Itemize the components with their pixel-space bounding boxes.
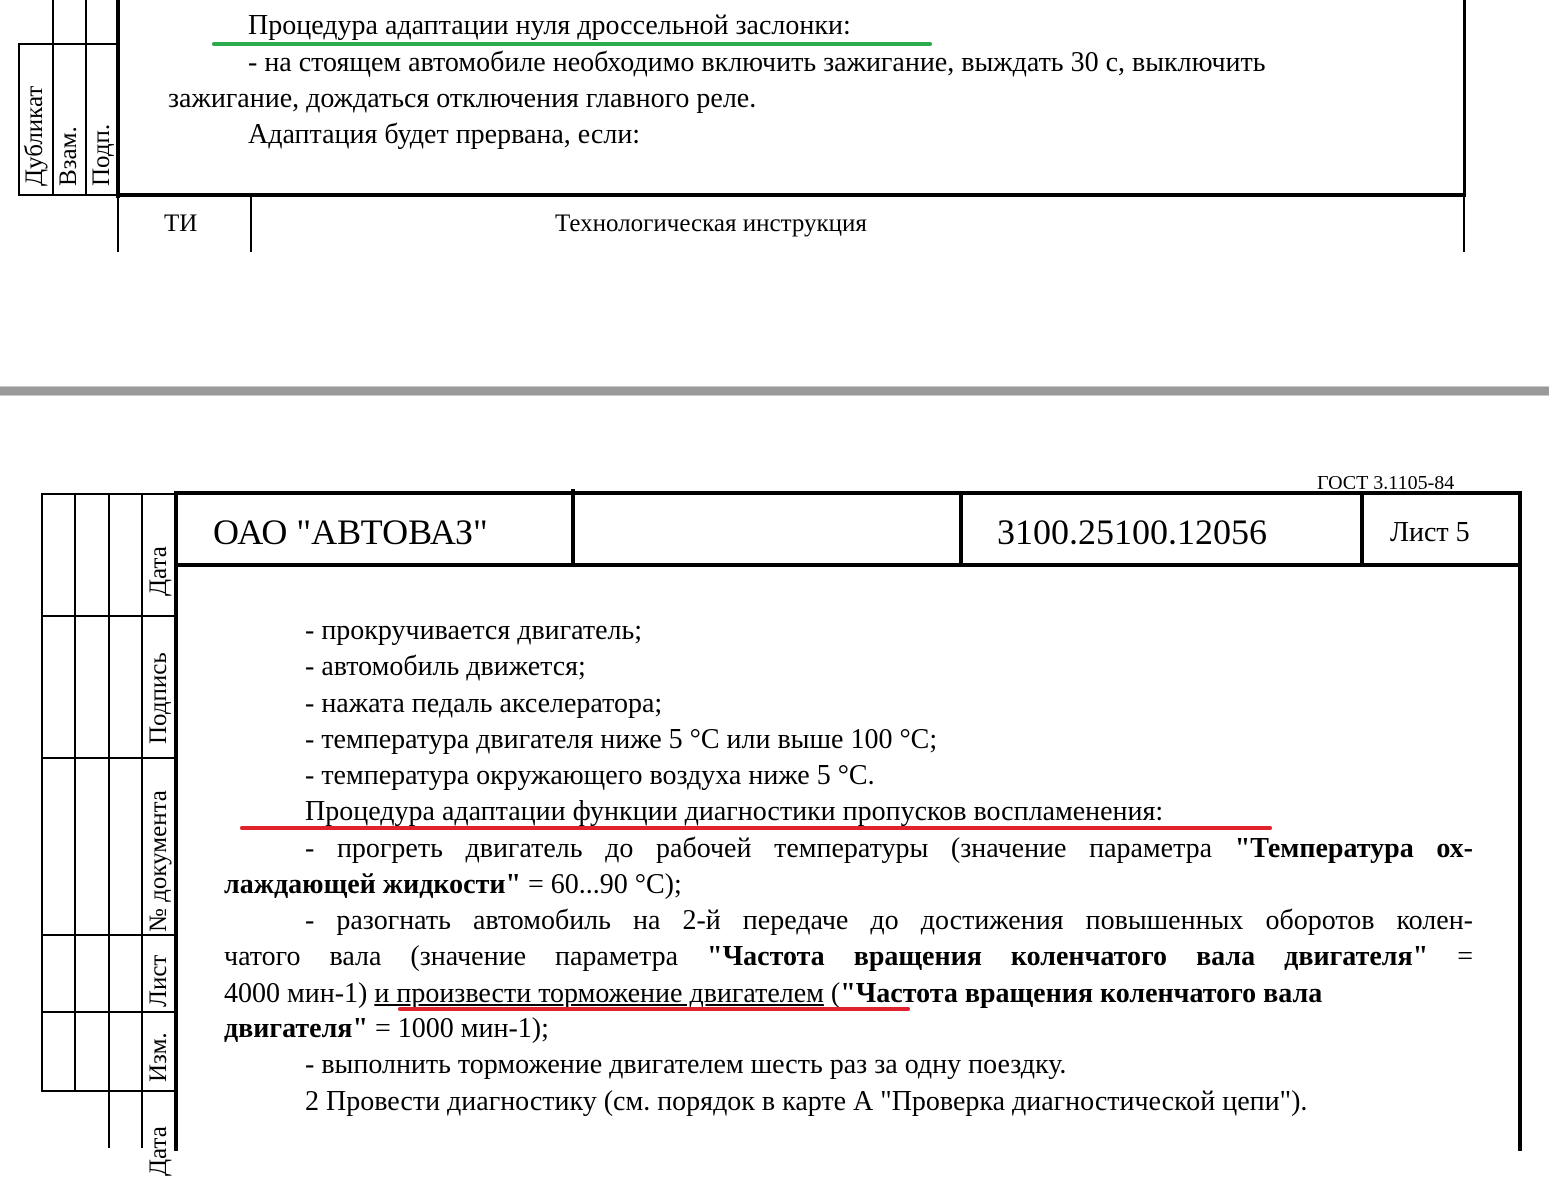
stamp-label-date-2: Дата	[144, 1126, 174, 1176]
parameter-name: "Частота вращения коленчатого вала двига…	[707, 941, 1428, 972]
condition-item: - температура двигателя ниже 5 °C или вы…	[305, 722, 937, 758]
stamp-label-signature: Подпись	[144, 652, 174, 744]
paragraph-line: - на стоящем автомобиле необходимо включ…	[248, 45, 1266, 81]
stamp-label-signature: Подп.	[87, 124, 117, 186]
company-name: ОАО "АВТОВАЗ"	[213, 510, 488, 554]
parameter-value: 4000 мин-1)	[224, 978, 374, 1009]
stamp-label-change: Изм.	[144, 1032, 174, 1082]
document-number: 3100.25100.12056	[997, 510, 1267, 554]
step-text: чатого вала (значение параметра	[224, 941, 707, 972]
stamp-label-date: Дата	[144, 546, 174, 596]
page-separator	[0, 386, 1549, 396]
header-divider	[174, 563, 1522, 567]
parameter-value: = 60...90 °C);	[521, 869, 682, 900]
stamp-line	[18, 194, 118, 196]
step-2-line-4: двигателя" = 1000 мин-1);	[224, 1011, 549, 1047]
highlight-underline-red	[240, 826, 1272, 830]
condition-item: - нажата педаль акселератора;	[305, 686, 662, 722]
stamp-line	[41, 934, 176, 936]
section-heading-throttle: Процедура адаптации нуля дроссельной зас…	[248, 8, 851, 44]
section-heading-misfire: Процедура адаптации функции диагностики …	[305, 794, 1163, 830]
stamp-line	[41, 615, 176, 617]
parameter-name: двигателя"	[224, 1013, 368, 1044]
step-3: - выполнить торможение двигателем шесть …	[305, 1047, 1066, 1083]
parameter-name: "Частота вращения коленчатого вала	[840, 978, 1322, 1009]
paragraph-line: Адаптация будет прервана, если:	[248, 117, 640, 153]
footer-line	[1463, 196, 1465, 252]
sheet-number: Лист 5	[1390, 515, 1470, 551]
header-cell-divider	[1360, 493, 1364, 565]
stamp-label-doc-number: № документа	[144, 790, 174, 932]
step-2-line-2: чатого вала (значение параметра "Частота…	[224, 939, 1473, 975]
parameter-name: "Температура ох-	[1235, 833, 1473, 864]
stamp-line	[18, 43, 118, 45]
footer-line	[117, 196, 119, 252]
step-2-line-1: - разогнать автомобиль на 2-й передаче д…	[305, 903, 1473, 939]
condition-item: - прокручивается двигатель;	[305, 613, 642, 649]
stamp-label-replaced: Взам.	[54, 126, 84, 186]
stamp-line	[41, 1011, 176, 1013]
footer-line	[250, 196, 252, 252]
stamp-line	[141, 493, 143, 1148]
frame-border	[1518, 491, 1522, 1151]
paragraph-line: зажигание, дождаться отключения главного…	[168, 81, 756, 117]
step-1-line-1: - прогреть двигатель до рабочей температ…	[305, 831, 1473, 867]
header-cell-divider	[571, 489, 575, 563]
condition-item: - температура окружающего воздуха ниже 5…	[305, 758, 875, 794]
step-1-line-2: лаждающей жидкости" = 60...90 °C);	[224, 867, 682, 903]
stamp-line	[41, 1090, 176, 1092]
frame-border	[116, 193, 1466, 197]
frame-border	[174, 491, 1522, 495]
stamp-label-sheet: Лист	[144, 955, 174, 1007]
underlined-phrase: и произвести торможение двигателем	[374, 978, 824, 1009]
frame-border	[174, 491, 178, 1151]
stamp-label-duplicate: Дубликат	[20, 86, 50, 186]
step-text: (	[824, 978, 840, 1009]
stamp-line	[41, 493, 43, 1090]
header-cell-divider	[959, 493, 963, 565]
condition-item: - автомобиль движется;	[305, 649, 586, 685]
frame-border	[116, 0, 120, 198]
step-text: =	[1428, 941, 1473, 972]
stamp-line	[41, 493, 176, 495]
footer-doc-title: Технологическая инструкция	[555, 206, 867, 242]
footer-doc-type: ТИ	[164, 206, 197, 242]
stamp-line	[74, 493, 76, 1090]
step-text: - прогреть двигатель до рабочей температ…	[305, 833, 1235, 864]
stamp-line	[41, 757, 176, 759]
step-4: 2 Провести диагностику (см. порядок в ка…	[305, 1084, 1307, 1120]
parameter-value: = 1000 мин-1);	[368, 1013, 549, 1044]
frame-border	[1463, 0, 1466, 196]
parameter-name: лаждающей жидкости"	[224, 869, 521, 900]
stamp-line	[108, 493, 110, 1148]
